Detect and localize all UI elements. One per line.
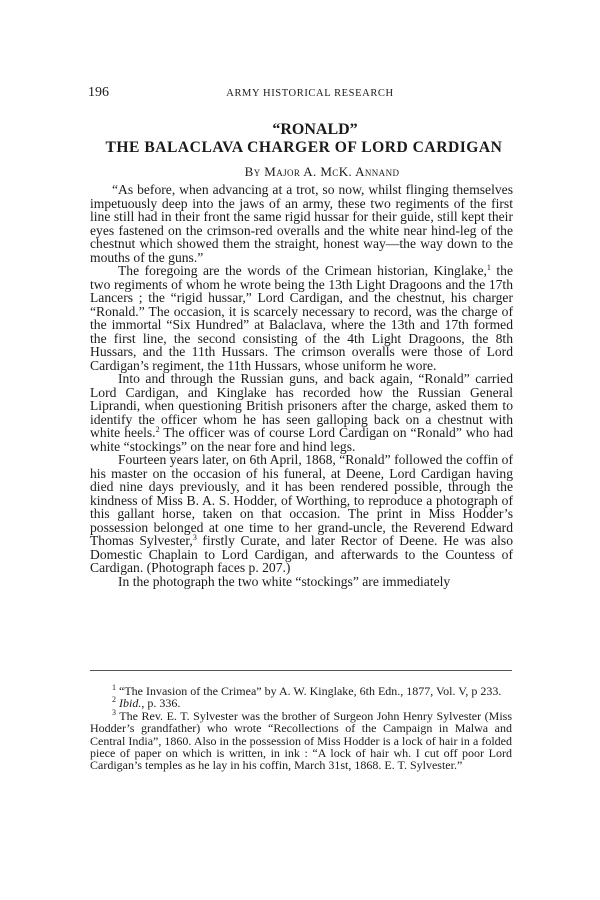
paragraph: The foregoing are the words of the Crime… xyxy=(90,264,513,372)
byline-prefix: By xyxy=(245,164,261,179)
running-head: ARMY HISTORICAL RESEARCH xyxy=(0,88,600,99)
paragraph: Into and through the Russian guns, and b… xyxy=(90,372,513,453)
footnote: 3 The Rev. E. T. Sylvester was the broth… xyxy=(90,710,512,772)
article-subtitle: THE BALACLAVA CHARGER OF LORD CARDIGAN xyxy=(0,139,600,157)
article-title: “RONALD” xyxy=(0,121,600,139)
byline: By Major A. McK. Annand xyxy=(0,164,600,180)
article-body: “As before, when advancing at a trot, so… xyxy=(90,183,513,588)
byline-author: Major A. McK. Annand xyxy=(264,164,399,179)
paragraph: In the photograph the two white “stockin… xyxy=(90,575,513,589)
footnote-rule xyxy=(90,670,512,671)
paragraph: Fourteen years later, on 6th April, 1868… xyxy=(90,453,513,575)
footnotes: 1 “The Invasion of the Crimea” by A. W. … xyxy=(90,685,512,772)
paragraph: “As before, when advancing at a trot, so… xyxy=(90,183,513,264)
